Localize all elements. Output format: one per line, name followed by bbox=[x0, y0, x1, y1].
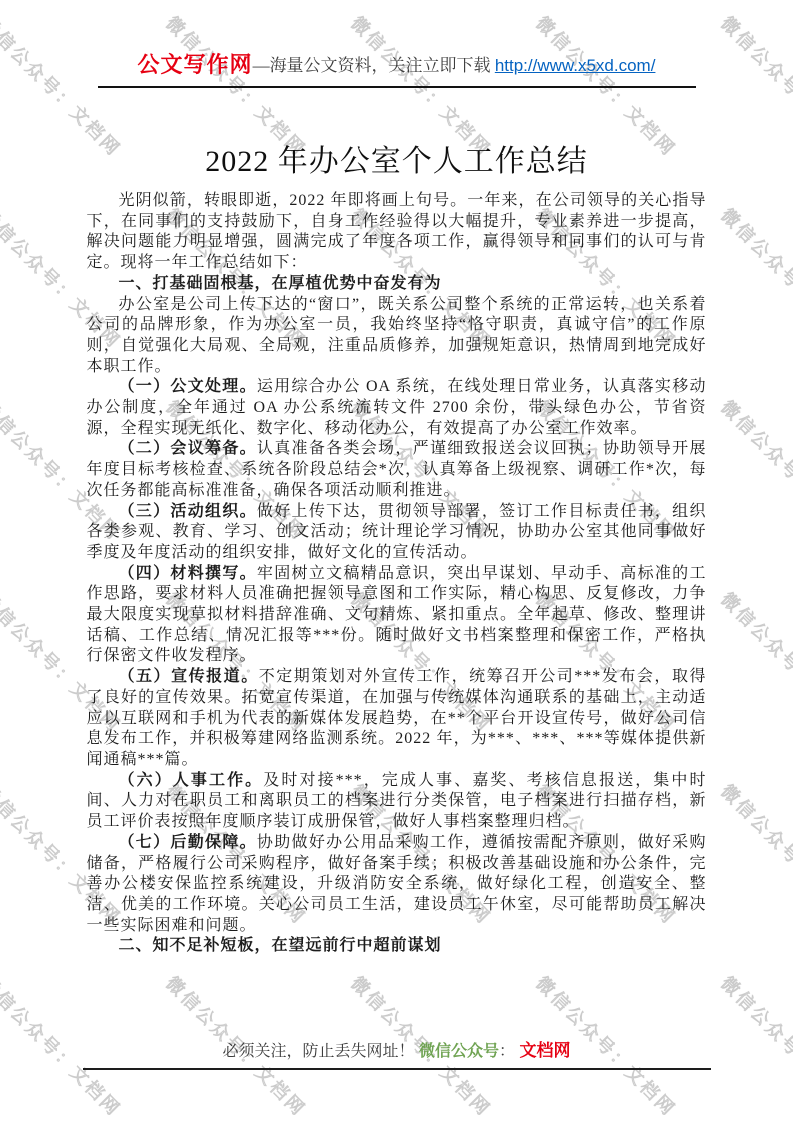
paragraph-lead: （五）宣传报道。 bbox=[119, 668, 259, 685]
footer-account-label: 微信公众号 bbox=[419, 1043, 499, 1060]
doc-paragraph: （三）活动组织。做好上传下达，贯彻领导部署，签订工作目标责任书，组织各类参观、教… bbox=[87, 502, 707, 564]
paragraph-text: 办公室是公司上传下达的“窗口”，既关系公司整个系统的正常运转，也关系着公司的品牌… bbox=[87, 296, 707, 375]
header-text: 公文写作网—海量公文资料，关注立即下载 http://www.x5xd.com/ bbox=[0, 52, 793, 80]
doc-paragraph: （二）会议筹备。认真准备各类会场，严谨细致报送会议回执；协助领导开展年度目标考核… bbox=[87, 439, 707, 501]
footer-brand: 文档网 bbox=[519, 1041, 570, 1060]
paragraph-lead: （六）人事工作。 bbox=[119, 772, 264, 789]
site-url-link[interactable]: http://www.x5xd.com/ bbox=[495, 56, 656, 75]
footer-text: 必须关注，防止丢失网址！ 微信公众号： 文档网 bbox=[0, 1040, 793, 1063]
paragraph-text: 光阴似箭，转眼即逝，2022 年即将画上句号。一年来，在公司领导的关心指导下，在… bbox=[87, 192, 707, 271]
doc-paragraph: （七）后勤保障。协助做好办公用品采购工作，遵循按需配齐原则，做好采购储备，严格履… bbox=[87, 833, 707, 937]
doc-paragraph: （六）人事工作。及时对接***，完成人事、嘉奖、考核信息报送，集中时间、人力对在… bbox=[87, 771, 707, 833]
paragraph-lead: （一）公文处理。 bbox=[119, 378, 257, 395]
paragraph-lead: 一、打基础固根基，在厚植优势中奋发有为 bbox=[119, 275, 442, 292]
section-heading: 二、知不足补短板，在望远前行中超前谋划 bbox=[87, 936, 707, 957]
doc-paragraph: 办公室是公司上传下达的“窗口”，既关系公司整个系统的正常运转，也关系着公司的品牌… bbox=[87, 295, 707, 378]
doc-paragraph: （四）材料撰写。牢固树立文稿精品意识，突出早谋划、早动手、高标准的工作思路，要求… bbox=[87, 564, 707, 668]
paragraph-lead: 二、知不足补短板，在望远前行中超前谋划 bbox=[119, 937, 442, 954]
document-page: 微信公众号：文档网微信公众号：文档网微信公众号：文档网微信公众号：文档网微信公众… bbox=[0, 0, 793, 1121]
doc-paragraph: （五）宣传报道。不定期策划对外宣传工作，统筹召开公司***发布会，取得了良好的宣… bbox=[87, 667, 707, 771]
header-divider bbox=[98, 86, 696, 88]
footer-divider bbox=[83, 1068, 711, 1070]
paragraph-lead: （四）材料撰写。 bbox=[119, 565, 257, 582]
document-body: 2022 年办公室个人工作总结 光阴似箭，转眼即逝，2022 年即将画上句号。一… bbox=[87, 141, 707, 957]
watermark-text: 微信公众号：文档网 bbox=[716, 778, 793, 930]
doc-title: 2022 年办公室个人工作总结 bbox=[87, 141, 707, 183]
page-header: 公文写作网—海量公文资料，关注立即下载 http://www.x5xd.com/ bbox=[0, 0, 793, 88]
page-footer: 必须关注，防止丢失网址！ 微信公众号： 文档网 bbox=[0, 1040, 793, 1070]
doc-paragraph: （一）公文处理。运用综合办公 OA 系统，在线处理日常业务，认真落实移动办公制度… bbox=[87, 377, 707, 439]
paragraph-lead: （三）活动组织。 bbox=[119, 503, 257, 520]
footer-colon: ： bbox=[499, 1043, 515, 1060]
paragraph-lead: （二）会议筹备。 bbox=[119, 440, 257, 457]
watermark-text: 微信公众号：文档网 bbox=[716, 586, 793, 738]
paragraph-container: 光阴似箭，转眼即逝，2022 年即将画上句号。一年来，在公司领导的关心指导下，在… bbox=[87, 191, 707, 957]
paragraph-lead: （七）后勤保障。 bbox=[119, 834, 257, 851]
header-tagline: —海量公文资料，关注立即下载 bbox=[253, 56, 495, 75]
site-brand: 公文写作网 bbox=[138, 52, 253, 77]
section-heading: 一、打基础固根基，在厚植优势中奋发有为 bbox=[87, 274, 707, 295]
doc-paragraph: 光阴似箭，转眼即逝，2022 年即将画上句号。一年来，在公司领导的关心指导下，在… bbox=[87, 191, 707, 274]
watermark-text: 微信公众号：文档网 bbox=[716, 202, 793, 354]
footer-warning: 必须关注，防止丢失网址！ bbox=[223, 1043, 415, 1060]
watermark-text: 微信公众号：文档网 bbox=[716, 394, 793, 546]
